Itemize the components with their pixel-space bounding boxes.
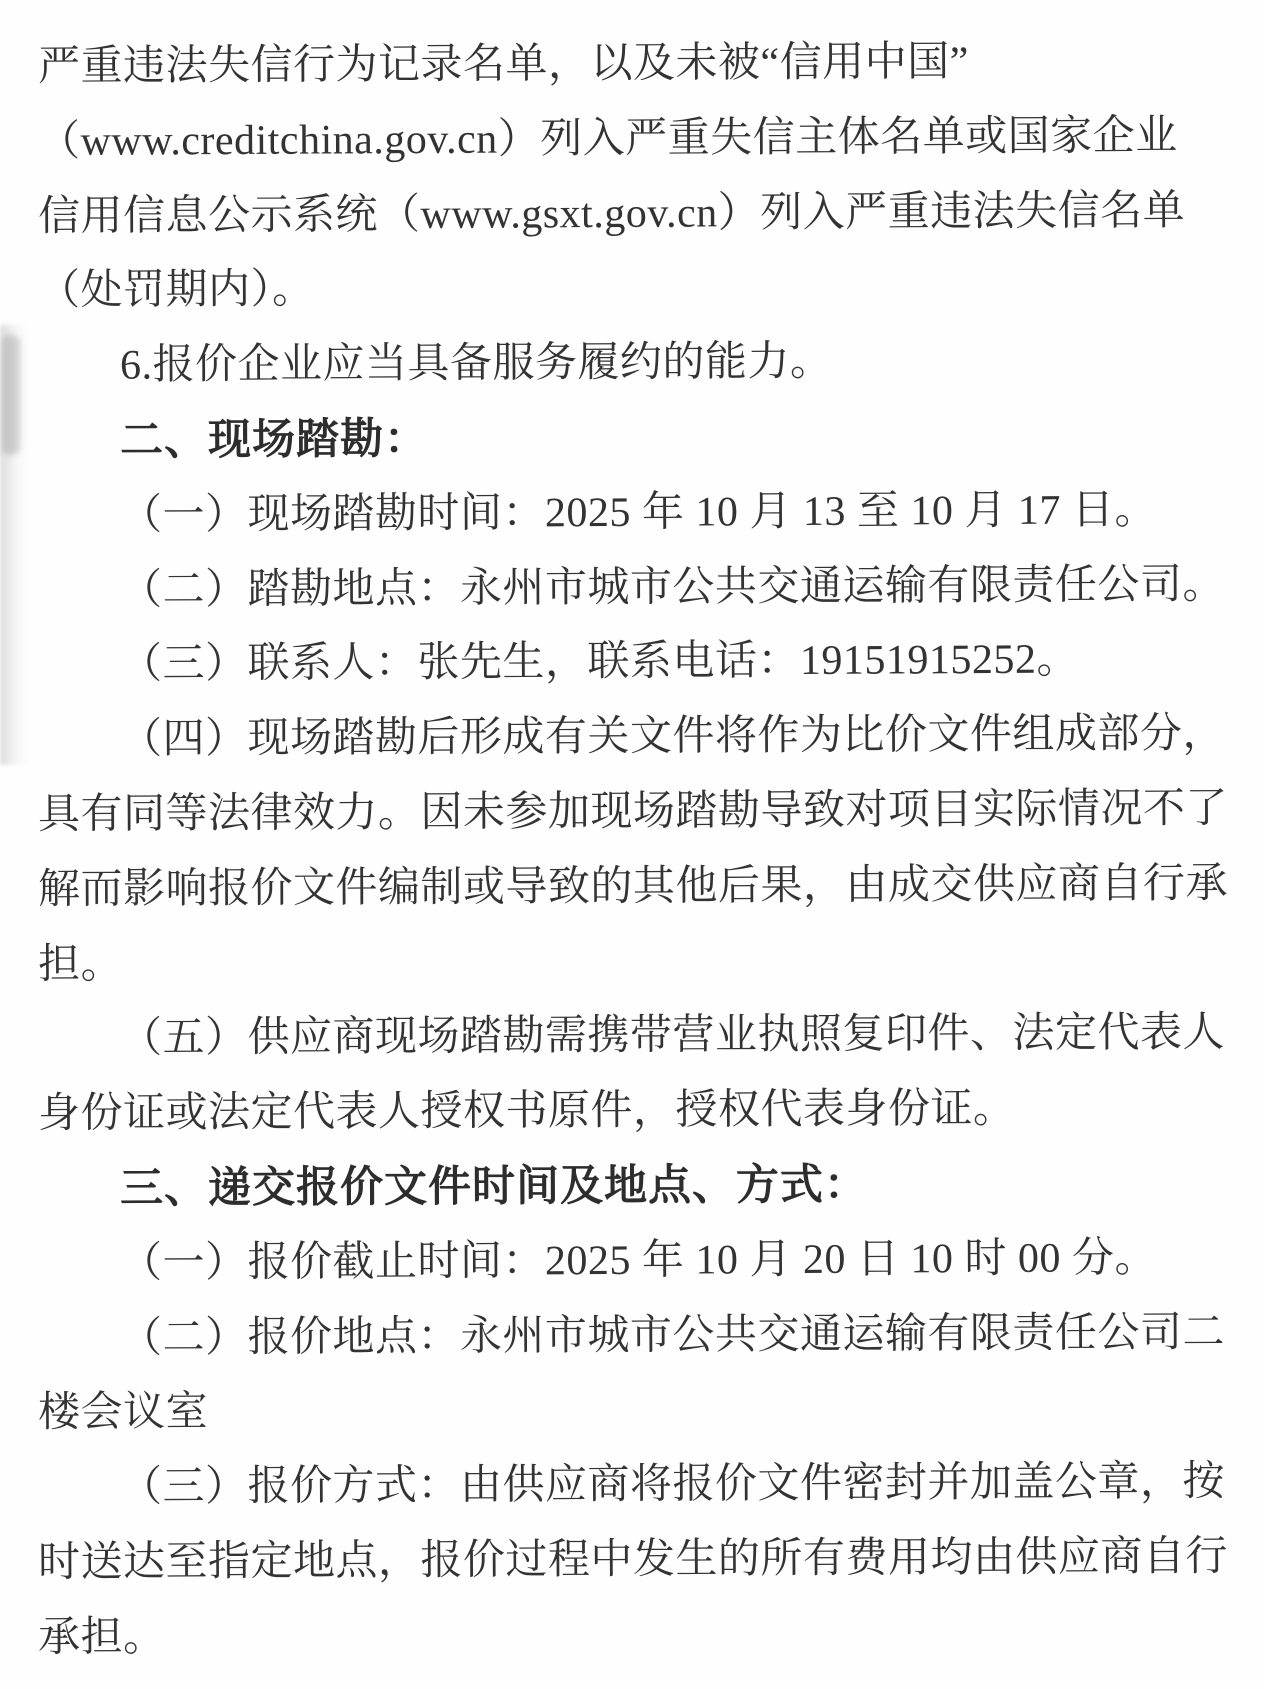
line-blacklist-cont-4: （处罚期内）。 <box>38 248 1230 329</box>
line-survey-contact: （三）联系人：张先生，联系电话：19151915252。 <box>38 622 1230 703</box>
line-survey-location: （二）踏勘地点：永州市城市公共交通运输有限责任公司。 <box>38 547 1230 628</box>
scan-smudge-dark <box>2 335 20 455</box>
line-quote-location-2: 楼会议室 <box>38 1370 1230 1451</box>
line-quote-method-1: （三）报价方式：由供应商将报价文件密封并加盖公章，按 <box>38 1445 1230 1526</box>
scan-smudge <box>0 325 30 765</box>
line-quote-method-3: 承担。 <box>38 1594 1230 1675</box>
line-survey-effect-4: 担。 <box>38 921 1230 1002</box>
line-blacklist-cont-2: （www.creditchina.gov.cn）列入严重失信主体名单或国家企业 <box>38 99 1230 180</box>
line-survey-effect-3: 解而影响报价文件编制或导致的其他后果，由成交供应商自行承 <box>38 847 1230 928</box>
line-blacklist-cont-3: 信用信息公示系统（www.gsxt.gov.cn）列入严重违法失信名单 <box>38 173 1230 254</box>
line-survey-time: （一）现场踏勘时间：2025 年 10 月 13 至 10 月 17 日。 <box>38 473 1230 554</box>
document-page: 严重违法失信行为记录名单，以及未被“信用中国” （www.creditchina… <box>0 0 1264 1689</box>
heading-quote-submission: 三、递交报价文件时间及地点、方式： <box>38 1146 1230 1227</box>
line-survey-effect-2: 具有同等法律效力。因未参加现场踏勘导致对项目实际情况不了 <box>38 772 1230 853</box>
line-survey-effect-1: （四）现场踏勘后形成有关文件将作为比价文件组成部分， <box>38 697 1230 778</box>
line-survey-materials-1: （五）供应商现场踏勘需携带营业执照复印件、法定代表人 <box>38 996 1230 1077</box>
line-quote-location-1: （二）报价地点：永州市城市公共交通运输有限责任公司二 <box>38 1295 1230 1376</box>
line-quote-deadline: （一）报价截止时间：2025 年 10 月 20 日 10 时 00 分。 <box>38 1221 1230 1302</box>
heading-site-survey: 二、现场踏勘： <box>38 398 1230 479</box>
line-survey-materials-2: 身份证或法定代表人授权书原件，授权代表身份证。 <box>38 1071 1230 1152</box>
line-blacklist-cont-1: 严重违法失信行为记录名单，以及未被“信用中国” <box>38 24 1230 105</box>
document-body: 严重违法失信行为记录名单，以及未被“信用中国” （www.creditchina… <box>38 30 1230 1676</box>
line-quote-method-2: 时送达至指定地点，报价过程中发生的所有费用均由供应商自行 <box>38 1520 1230 1601</box>
line-item6-capability: 6.报价企业应当具备服务履约的能力。 <box>38 323 1230 404</box>
